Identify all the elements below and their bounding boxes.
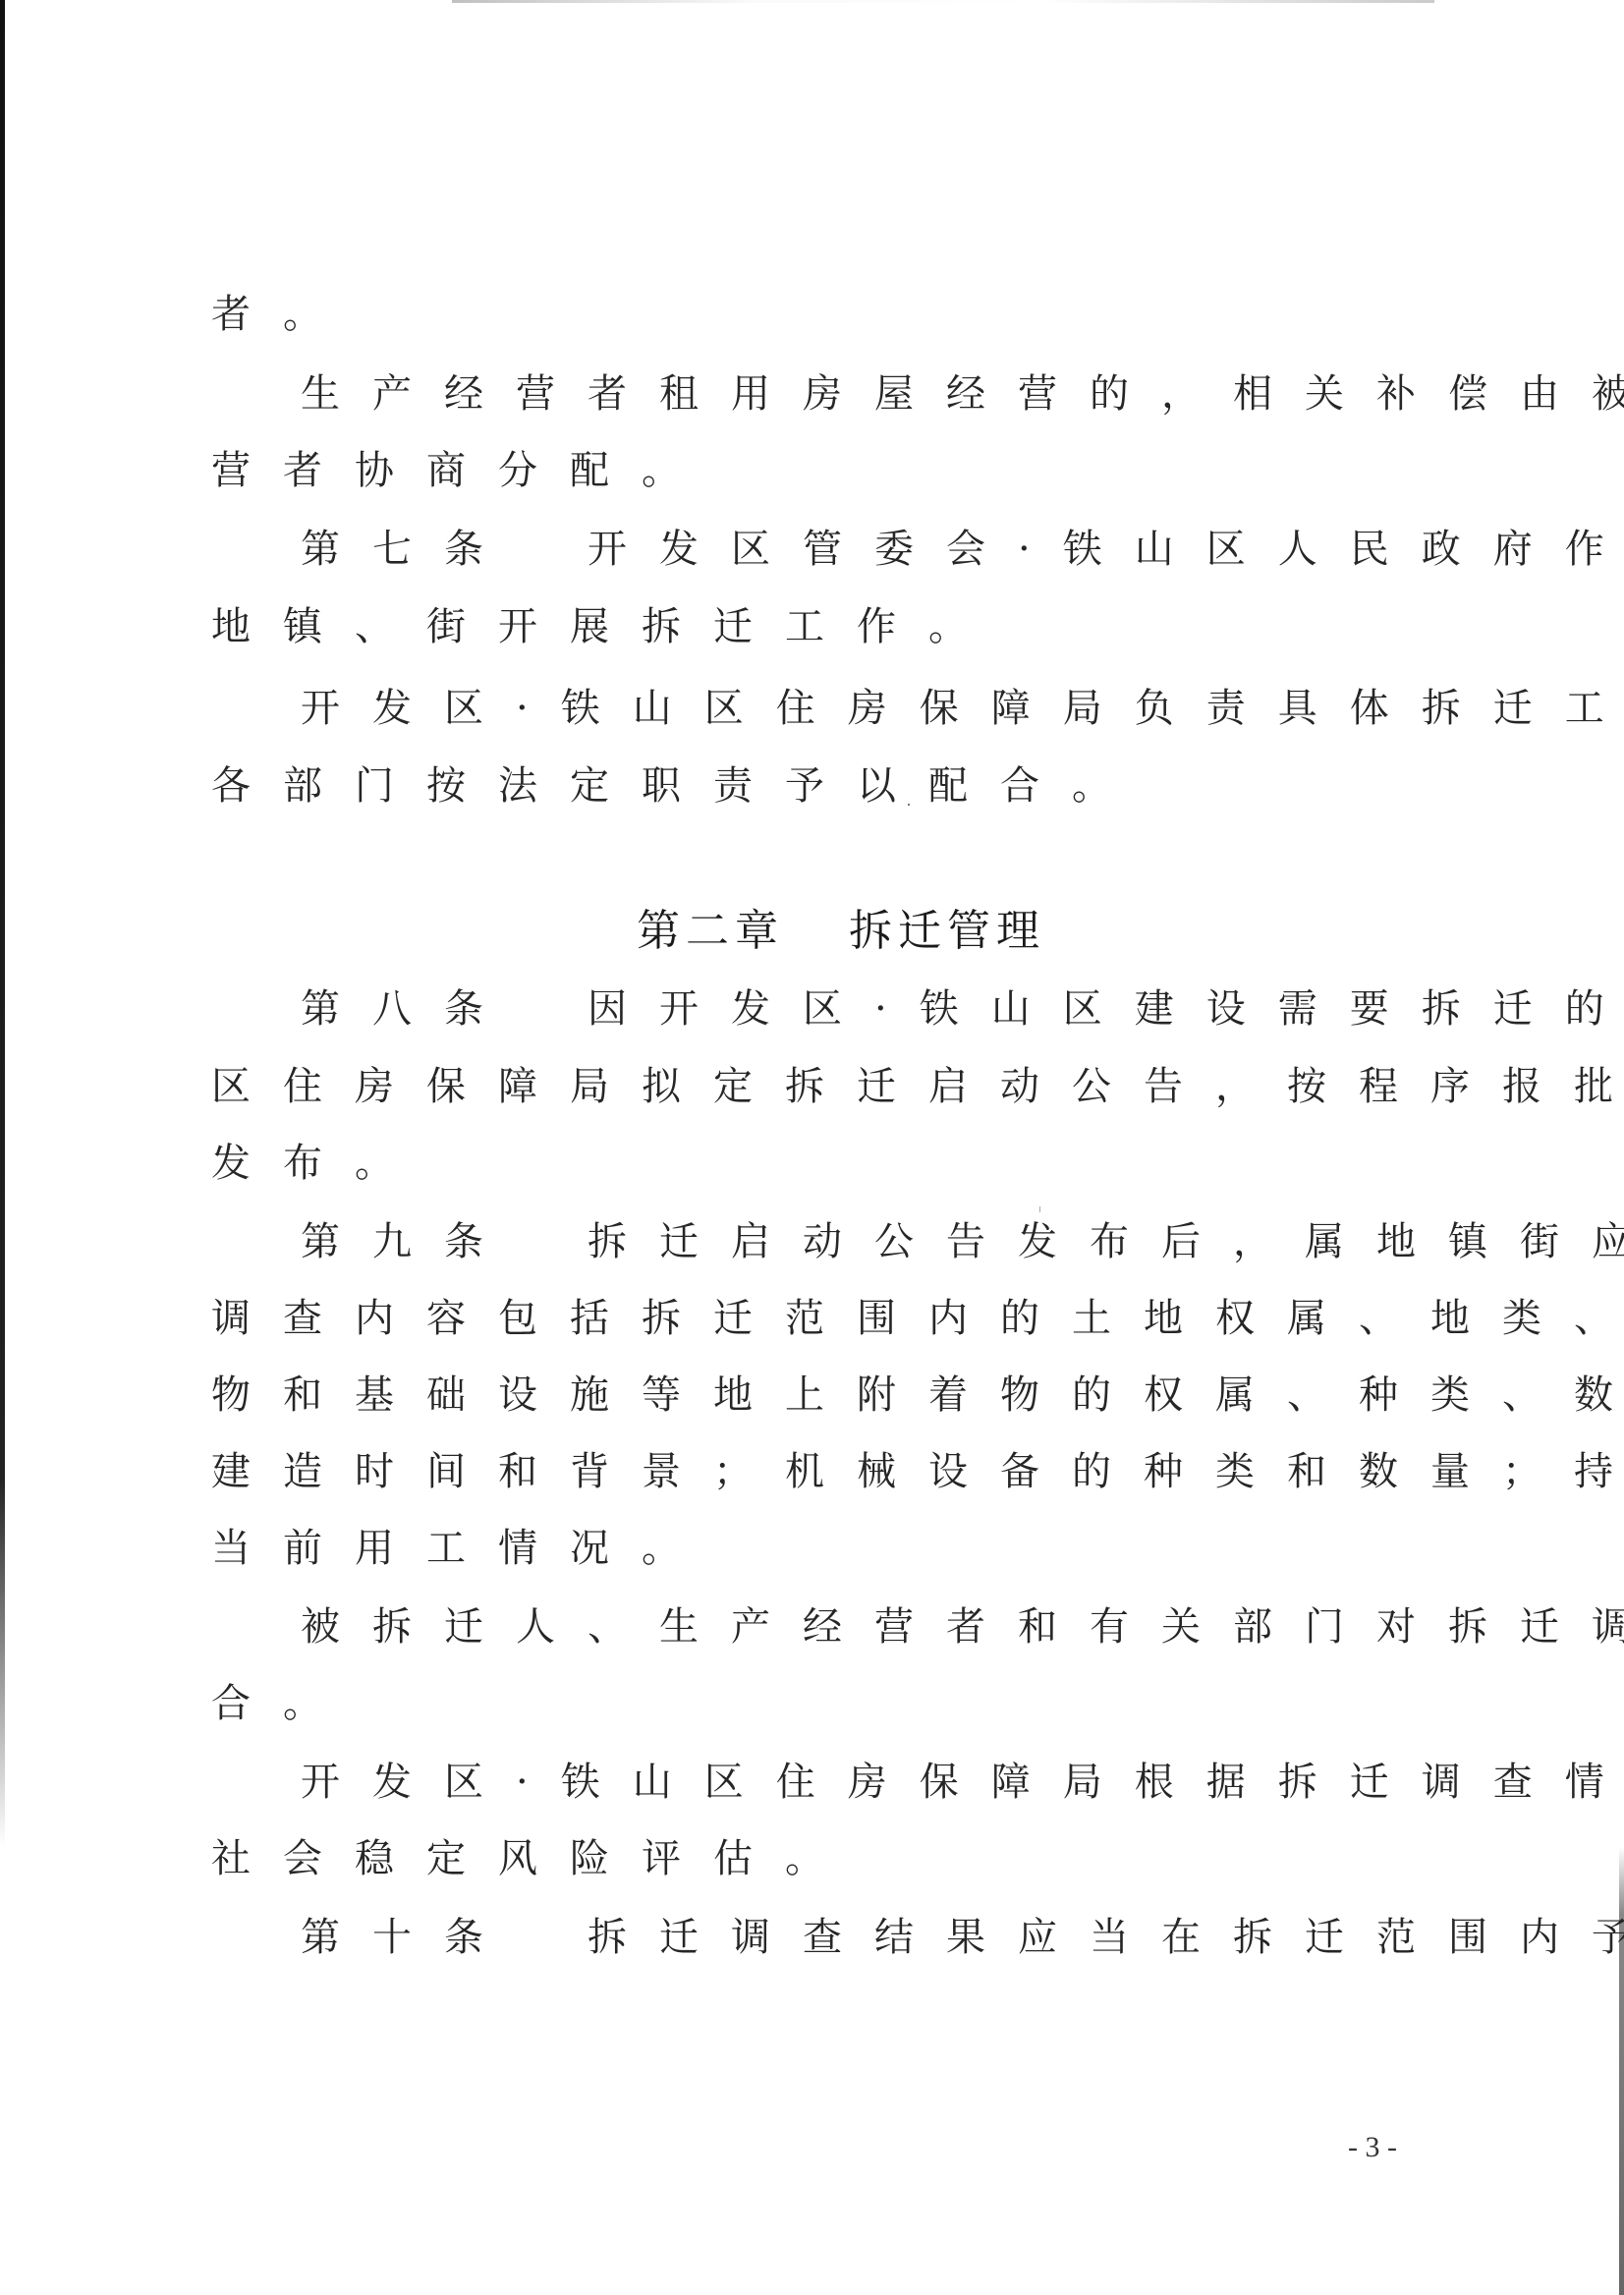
- chapter-heading: 第二章拆迁管理: [637, 906, 1045, 957]
- article-10-line-1: 第十条 拆迁调查结果应当在拆迁范围内予以公告。: [301, 1914, 1624, 1961]
- text-line-3: 营者协商分配。: [211, 447, 713, 494]
- article-7-line-1: 第七条 开发区管委会·铁山区人民政府作为拆迁人，组织属: [301, 526, 1624, 573]
- article-9-line-3: 物和基础设施等地上附着物的权属、种类、数量和面积；房屋的: [211, 1371, 1624, 1419]
- chapter-number: 第二章: [637, 906, 784, 956]
- article-9-para3-line-1: 开发区·铁山区住房保障局根据拆迁调查情况及时组织开展: [301, 1759, 1624, 1806]
- document-page: 者。 生产经营者租用房屋经营的，相关补偿由被拆迁人和生产经 营者协商分配。 第七…: [0, 0, 1624, 2295]
- article-8-line-2: 区住房保障局拟定拆迁启动公告，按程序报批后，在拆迁范围内: [211, 1063, 1624, 1110]
- article-9-line-2: 调查内容包括拆迁范围内的土地权属、地类、面积；房屋、附属: [211, 1295, 1624, 1342]
- article-7-para2-line-2: 各部门按法定职责予以配合。: [211, 762, 1144, 810]
- scan-noise-mark: [1039, 1206, 1040, 1212]
- article-7-line-2: 地镇、街开展拆迁工作。: [211, 603, 1000, 650]
- article-7-para2-line-1: 开发区·铁山区住房保障局负责具体拆迁工作的监管，其他: [301, 685, 1624, 732]
- article-9-line-5: 当前用工情况。: [211, 1525, 713, 1572]
- article-8-line-3: 发布。: [211, 1140, 426, 1187]
- article-9-line-1: 第九条 拆迁启动公告发布后，属地镇街应组织拆迁调查，: [301, 1218, 1624, 1265]
- article-9-para3-line-2: 社会稳定风险评估。: [211, 1835, 857, 1882]
- article-8-line-1: 第八条 因开发区·铁山区建设需要拆迁的，由开发区·铁山: [301, 985, 1624, 1033]
- article-9-line-4: 建造时间和背景；机械设备的种类和数量；持续经营及纳税情况；: [211, 1448, 1624, 1495]
- chapter-title: 拆迁管理: [849, 906, 1045, 956]
- text-line-2: 生产经营者租用房屋经营的，相关补偿由被拆迁人和生产经: [301, 370, 1624, 418]
- page-number: - 3 -: [1348, 2130, 1397, 2165]
- article-9-para2-line-1: 被拆迁人、生产经营者和有关部门对拆迁调查都应予以配: [301, 1603, 1624, 1651]
- article-9-para2-line-2: 合。: [211, 1680, 355, 1727]
- scan-noise-dot: [908, 804, 910, 806]
- text-line-1: 者。: [211, 291, 355, 338]
